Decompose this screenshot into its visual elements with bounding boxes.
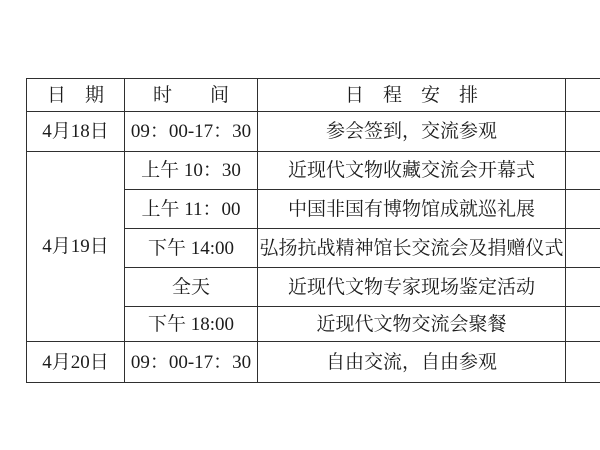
event-cell: 近现代文物专家现场鉴定活动	[258, 268, 566, 307]
time-cell: 下午 14:00	[125, 229, 258, 268]
schedule-table: 日 期 时 间 日 程 安 排 4月18日 09：00-17：30 参会签到，交…	[26, 78, 600, 383]
header-time: 时 间	[125, 79, 258, 112]
location-cell	[566, 307, 600, 342]
location-cell: 共产	[566, 229, 600, 268]
header-agenda: 日 程 安 排	[258, 79, 566, 112]
event-cell: 近现代文物交流会聚餐	[258, 307, 566, 342]
time-cell: 全天	[125, 268, 258, 307]
time-cell: 上午 10：30	[125, 152, 258, 190]
table-row: 4月18日 09：00-17：30 参会签到，交流参观 建	[27, 112, 600, 152]
date-cell-merged: 4月19日	[27, 152, 125, 342]
location-cell: 建	[566, 152, 600, 190]
event-cell: 弘扬抗战精神馆长交流会及捐赠仪式	[258, 229, 566, 268]
time-cell: 上午 11：00	[125, 190, 258, 229]
location-cell: 建	[566, 268, 600, 307]
date-cell: 4月18日	[27, 112, 125, 152]
date-cell: 4月20日	[27, 342, 125, 383]
event-cell: 中国非国有博物馆成就巡礼展	[258, 190, 566, 229]
location-cell: 建	[566, 190, 600, 229]
time-cell: 09：00-17：30	[125, 342, 258, 383]
event-cell: 近现代文物收藏交流会开幕式	[258, 152, 566, 190]
event-cell: 参会签到，交流参观	[258, 112, 566, 152]
schedule-table-body: 4月18日 09：00-17：30 参会签到，交流参观 建 4月19日 上午 1…	[27, 112, 600, 383]
location-cell	[566, 342, 600, 383]
table-row: 4月20日 09：00-17：30 自由交流，自由参观	[27, 342, 600, 383]
location-cell: 建	[566, 112, 600, 152]
page-canvas: 日 期 时 间 日 程 安 排 4月18日 09：00-17：30 参会签到，交…	[0, 0, 600, 450]
schedule-table-header: 日 期 时 间 日 程 安 排	[27, 79, 600, 112]
time-cell: 下午 18:00	[125, 307, 258, 342]
header-location	[566, 79, 600, 112]
header-date: 日 期	[27, 79, 125, 112]
event-cell: 自由交流，自由参观	[258, 342, 566, 383]
table-row: 4月19日 上午 10：30 近现代文物收藏交流会开幕式 建	[27, 152, 600, 190]
header-row: 日 期 时 间 日 程 安 排	[27, 79, 600, 112]
time-cell: 09：00-17：30	[125, 112, 258, 152]
